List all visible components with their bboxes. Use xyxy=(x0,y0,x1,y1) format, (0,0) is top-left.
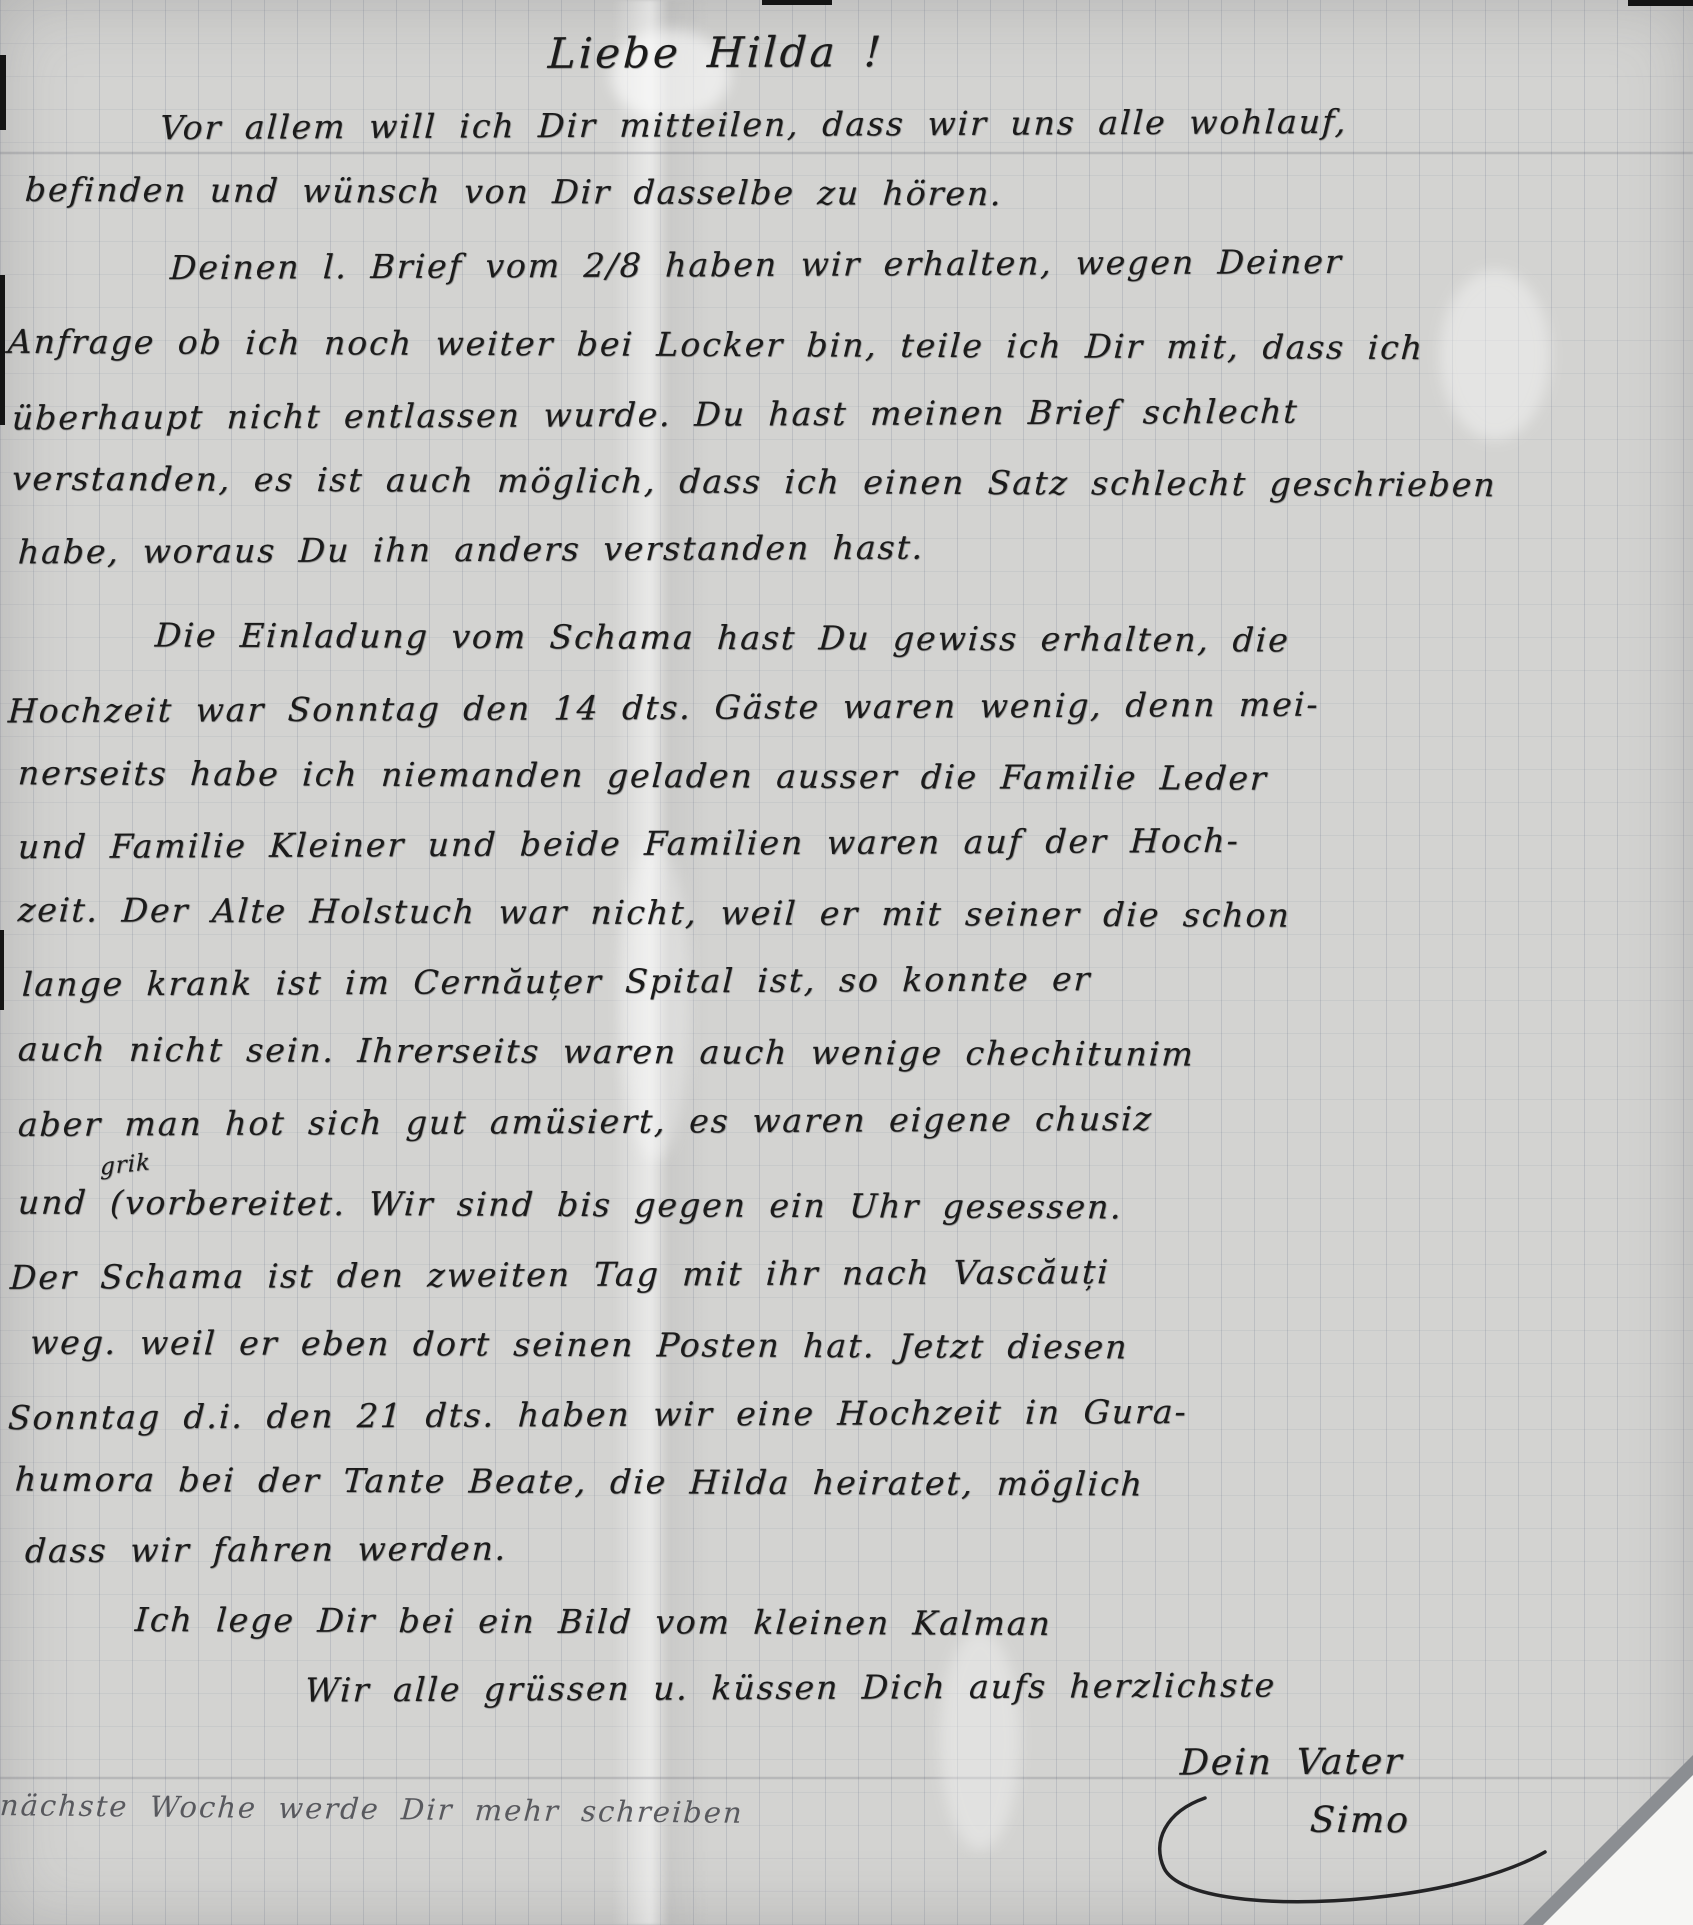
horizontal-fold-crease xyxy=(0,152,1693,154)
scan-edge-artifact xyxy=(1628,0,1693,6)
letter-line: dass wir fahren werden. xyxy=(24,1529,508,1571)
salutation: Liebe Hilda ! xyxy=(547,27,885,78)
letter-line: überhaupt nicht entlassen wurde. Du hast… xyxy=(11,392,1299,438)
scan-edge-artifact xyxy=(0,275,5,425)
paper-blotch xyxy=(1440,270,1550,440)
letter-page: Liebe Hilda ! Vor allem will ich Dir mit… xyxy=(0,0,1693,1925)
inserted-word: grik xyxy=(100,1149,151,1180)
letter-line: Ich lege Dir bei ein Bild vom kleinen Ka… xyxy=(134,1600,1053,1643)
letter-line: befinden und wünsch von Dir dasselbe zu … xyxy=(24,170,1004,213)
letter-line: weg. weil er eben dort seinen Posten hat… xyxy=(29,1323,1130,1367)
letter-line: Anfrage ob ich noch weiter bei Locker bi… xyxy=(7,322,1425,367)
letter-line: aber man hot sich gut amüsiert, es waren… xyxy=(17,1099,1154,1144)
letter-line: auch nicht sein. Ihrerseits waren auch w… xyxy=(17,1029,1196,1073)
letter-line: humora bei der Tante Beate, die Hilda he… xyxy=(14,1460,1145,1504)
letter-line: Wir alle grüssen u. küssen Dich aufs her… xyxy=(304,1665,1277,1709)
letter-line: verstanden, es ist auch möglich, dass ic… xyxy=(11,459,1498,504)
scan-edge-artifact xyxy=(762,0,832,5)
letter-line: zeit. Der Alte Holstuch war nicht, weil … xyxy=(17,890,1292,935)
letter-line: Die Einladung vom Schama hast Du gewiss … xyxy=(154,616,1291,660)
letter-line: Hochzeit war Sonntag den 14 dts. Gäste w… xyxy=(7,685,1320,731)
horizontal-fold-crease xyxy=(0,1777,1693,1779)
letter-line: habe, woraus Du ihn anders verstanden ha… xyxy=(17,528,925,572)
scan-edge-artifact xyxy=(0,930,4,1010)
letter-line: und (vorbereitet. Wir sind bis gegen ein… xyxy=(17,1183,1124,1227)
letter-line: lange krank ist im Cernăuțer Spital ist,… xyxy=(21,959,1092,1004)
postscript: nächste Woche werde Dir mehr schreiben xyxy=(0,1788,745,1830)
paper-blotch xyxy=(940,1630,1020,1850)
folded-corner xyxy=(1543,1775,1693,1925)
letter-line: Vor allem will ich Dir mitteilen, dass w… xyxy=(159,102,1348,147)
letter-line: Deinen l. Brief vom 2/8 haben wir erhalt… xyxy=(169,242,1344,287)
letter-line: nerseits habe ich niemanden geladen auss… xyxy=(17,753,1269,797)
letter-line: Der Schama ist den zweiten Tag mit ihr n… xyxy=(9,1252,1111,1297)
signature-name: Simo xyxy=(1309,1800,1411,1841)
signature-role: Dein Vater xyxy=(1179,1741,1404,1783)
letter-line: und Familie Kleiner und beide Familien w… xyxy=(17,821,1241,866)
scan-edge-artifact xyxy=(0,55,6,130)
letter-line: Sonntag d.i. den 21 dts. haben wir eine … xyxy=(7,1392,1189,1437)
